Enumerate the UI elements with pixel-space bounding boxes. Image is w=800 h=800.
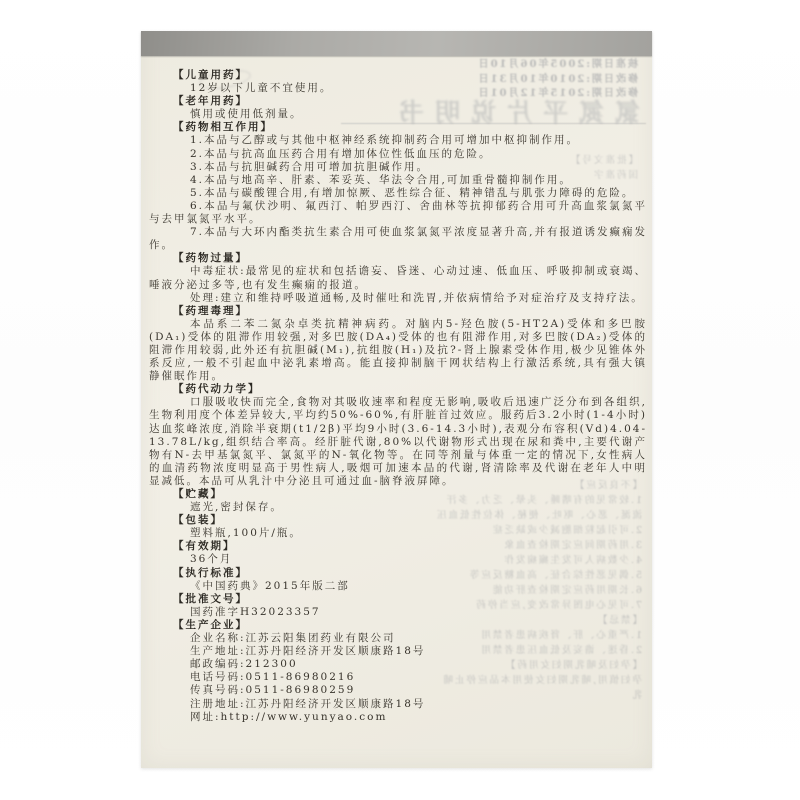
section-paragraph: 中毒症状:最常见的症状和包括谵妄、昏迷、心动过速、低血压、呼吸抑制或衰竭、唾液分… — [149, 265, 647, 291]
section-paragraph: 国药准字H32023357 — [149, 606, 647, 619]
section-heading: 【执行标准】 — [149, 567, 647, 580]
leaflet-paper: 核准日期:2005年06月10日修改日期:2010年10月31日修改日期:201… — [141, 31, 652, 768]
section-paragraph: 3.本品与抗胆碱药合用可增加抗胆碱作用。 — [149, 161, 647, 174]
section-paragraph: 2.本品与抗高血压药合用有增加体位性低血压的危险。 — [149, 148, 647, 161]
section-paragraph: 塑料瓶,100片/瓶。 — [149, 527, 647, 540]
paper-top-edge — [141, 31, 652, 56]
section-paragraph: 4.本品与地高辛、肝素、苯妥英、华法令合用,可加重骨髓抑制作用。 — [149, 174, 647, 187]
section-heading: 【贮藏】 — [149, 488, 647, 501]
section-paragraph: 6.本品与氟伏沙明、氟西汀、帕罗西汀、舍曲林等抗抑郁药合用可升高血浆氯氮平与去甲… — [149, 200, 647, 226]
section-paragraph: 36个月 — [149, 553, 647, 566]
section-heading: 【药理毒理】 — [149, 305, 647, 318]
section-paragraph: 遮光,密封保存。 — [149, 501, 647, 514]
section-paragraph: 生产地址:江苏丹阳经济开发区顺康路18号 — [149, 645, 647, 658]
section-paragraph: 本品系二苯二氮杂卓类抗精神病药。对脑内5-羟色胺(5-HT2A)受体和多巴胺(D… — [149, 318, 647, 383]
section-heading: 【生产企业】 — [149, 619, 647, 632]
section-heading: 【药代动力学】 — [149, 383, 647, 396]
section-paragraph: 邮政编码:212300 — [149, 658, 647, 671]
section-paragraph: 网址:http://www.yunyao.com — [149, 711, 647, 724]
section-paragraph: 传真号码:0511-86980259 — [149, 684, 647, 697]
section-paragraph: 企业名称:江苏云阳集团药业有限公司 — [149, 632, 647, 645]
section-heading: 【有效期】 — [149, 540, 647, 553]
section-heading: 【儿童用药】 — [149, 69, 647, 82]
section-heading: 【批准文号】 — [149, 593, 647, 606]
section-paragraph: 1.本品与乙醇或与其他中枢神经系统抑制药合用可增加中枢抑制作用。 — [149, 134, 647, 147]
section-heading: 【包装】 — [149, 514, 647, 527]
section-paragraph: 注册地址:江苏丹阳经济开发区顺康路18号 — [149, 698, 647, 711]
leaflet-content: 【儿童用药】12岁以下儿童不宜使用。【老年用药】慎用或使用低剂量。【药物相互作用… — [149, 69, 647, 724]
section-paragraph: 处理:建立和维持呼吸道通畅,及时催吐和洗胃,并依病情给予对症治疗及支持疗法。 — [149, 292, 647, 305]
section-paragraph: 电话号码:0511-86980216 — [149, 671, 647, 684]
section-heading: 【药物过量】 — [149, 252, 647, 265]
section-heading: 【老年用药】 — [149, 95, 647, 108]
section-paragraph: 5.本品与碳酸锂合用,有增加惊厥、恶性综合征、精神错乱与肌张力障碍的危险。 — [149, 187, 647, 200]
section-paragraph: 《中国药典》2015年版二部 — [149, 580, 647, 593]
section-paragraph: 7.本品与大环内酯类抗生素合用可使血浆氯氮平浓度显著升高,并有报道诱发癫痫发作。 — [149, 226, 647, 252]
section-paragraph: 12岁以下儿童不宜使用。 — [149, 82, 647, 95]
section-heading: 【药物相互作用】 — [149, 121, 647, 134]
section-paragraph: 口服吸收快而完全,食物对其吸收速率和程度无影响,吸收后迅速广泛分布到各组织,生物… — [149, 396, 647, 488]
section-paragraph: 慎用或使用低剂量。 — [149, 108, 647, 121]
